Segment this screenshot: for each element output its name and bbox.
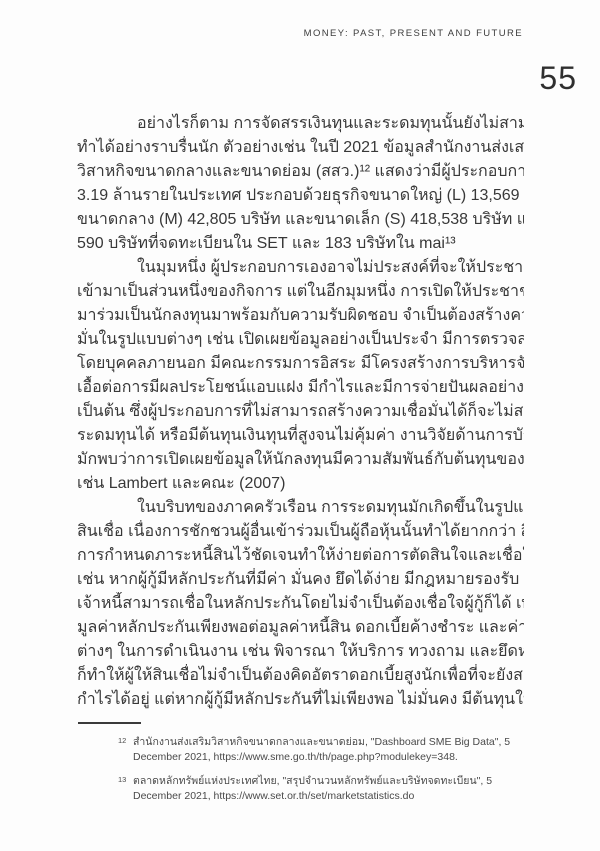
- text-line: สินเชื่อ เนื่องการชักชวนผู้อื่นเข้าร่วมเ…: [77, 520, 524, 544]
- text-line: เข้ามาเป็นส่วนหนึ่งของกิจการ แต่ในอีกมุม…: [77, 280, 524, 304]
- text-line: เช่น Lambert และคณะ (2007): [77, 472, 524, 496]
- text-line: เอื้อต่อการมีผลประโยชน์แอบแฝง มีกำไรและม…: [77, 376, 524, 400]
- text-line: มาร่วมเป็นนักลงทุนมาพร้อมกับความรับผิดชอ…: [77, 304, 524, 328]
- text-line: เจ้าหนี้สามารถเชื่อในหลักประกันโดยไม่จำเ…: [77, 592, 524, 616]
- footnote-text: ตลาดหลักทรัพย์แห่งประเทศไทย, "สรุปจำนวนห…: [133, 775, 492, 802]
- text-line: ขนาดกลาง (M) 42,805 บริษัท และขนาดเล็ก (…: [77, 208, 524, 232]
- text-line: อย่างไรก็ตาม การจัดสรรเงินทุนและระดมทุนน…: [77, 112, 524, 136]
- text-line: 3.19 ล้านรายในประเทศ ประกอบด้วยธุรกิจขนา…: [77, 184, 524, 208]
- footnote-number: 13: [118, 772, 126, 787]
- running-header: MONEY: PAST, PRESENT AND FUTURE: [77, 28, 523, 39]
- paragraph-3: ในบริบทของภาคครัวเรือน การระดมทุนมักเกิด…: [77, 496, 524, 712]
- body-text: อย่างไรก็ตาม การจัดสรรเงินทุนและระดมทุนน…: [77, 112, 524, 712]
- text-line: กำไรได้อยู่ แต่หากผู้กู้มีหลักประกันที่ไ…: [77, 688, 524, 712]
- paragraph-2: ในมุมหนึ่ง ผู้ประกอบการเองอาจไม่ประสงค์ท…: [77, 256, 524, 496]
- footnote-number: 12: [118, 733, 126, 748]
- text-line: ระดมทุนได้ หรือมีต้นทุนเงินทุนที่สูงจนไม…: [77, 424, 524, 448]
- text-line: เช่น หากผู้กู้มีหลักประกันที่มีค่า มั่นค…: [77, 568, 524, 592]
- footnote-13: 13 ตลาดหลักทรัพย์แห่งประเทศไทย, "สรุปจำน…: [78, 774, 536, 804]
- text-line: ก็ทำให้ผู้ให้สินเชื่อไม่จำเป็นต้องคิดอัต…: [77, 664, 524, 688]
- footnotes-section: 12 สำนักงานส่งเสริมวิสาหกิจขนาดกลางและขน…: [78, 722, 536, 813]
- text-line: มักพบว่าการเปิดเผยข้อมูลให้นักลงทุนมีควา…: [77, 448, 524, 472]
- footnote-text: สำนักงานส่งเสริมวิสาหกิจขนาดกลางและขนาดย…: [133, 736, 510, 763]
- text-line: 590 บริษัทที่จดทะเบียนใน SET และ 183 บริ…: [77, 232, 524, 256]
- text-line: ต่างๆ ในการดำเนินงาน เช่น พิจารณา ให้บริ…: [77, 640, 524, 664]
- text-line: วิสาหกิจขนาดกลางและขนาดย่อม (สสว.)¹² แสด…: [77, 160, 524, 184]
- page-number: 55: [539, 60, 577, 97]
- text-line: ทำได้อย่างราบรื่นนัก ตัวอย่างเช่น ในปี 2…: [77, 136, 524, 160]
- text-line: มั่นในรูปแบบต่างๆ เช่น เปิดเผยข้อมูลอย่า…: [77, 328, 524, 352]
- text-line: โดยบุคคลภายนอก มีคณะกรรมการอิสระ มีโครงส…: [77, 352, 524, 376]
- text-line: มูลค่าหลักประกันเพียงพอต่อมูลค่าหนี้สิน …: [77, 616, 524, 640]
- footnote-divider: [78, 722, 141, 724]
- text-line: ในบริบทของภาคครัวเรือน การระดมทุนมักเกิด…: [77, 496, 524, 520]
- text-line: เป็นต้น ซึ่งผู้ประกอบการที่ไม่สามารถสร้า…: [77, 400, 524, 424]
- text-line: การกำหนดภาระหนี้สินไว้ชัดเจนทำให้ง่ายต่อ…: [77, 544, 524, 568]
- footnote-12: 12 สำนักงานส่งเสริมวิสาหกิจขนาดกลางและขน…: [78, 735, 536, 765]
- text-line: ในมุมหนึ่ง ผู้ประกอบการเองอาจไม่ประสงค์ท…: [77, 256, 524, 280]
- paragraph-1: อย่างไรก็ตาม การจัดสรรเงินทุนและระดมทุนน…: [77, 112, 524, 256]
- book-page: MONEY: PAST, PRESENT AND FUTURE 55 อย่าง…: [0, 0, 600, 851]
